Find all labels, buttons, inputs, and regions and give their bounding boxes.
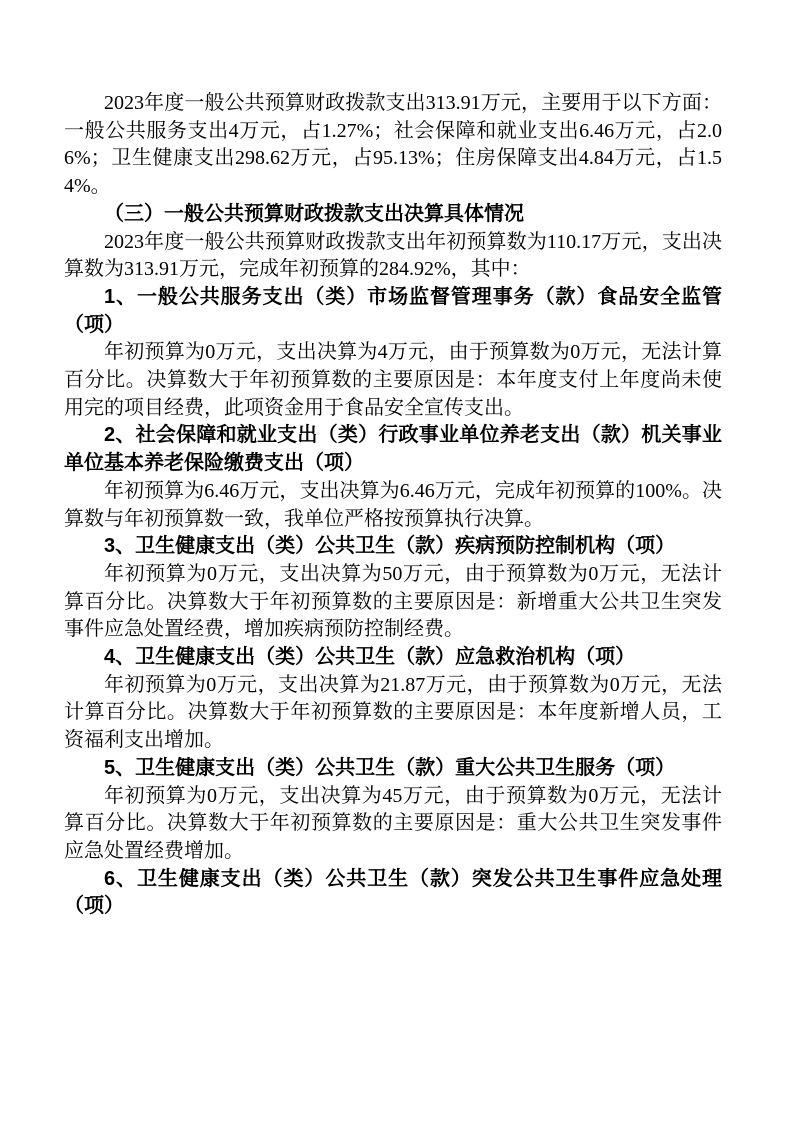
body-paragraph: 2023年度一般公共预算财政拨款支出313.91万元，主要用于以下方面：一般公共… — [64, 90, 722, 201]
section-heading: 4、卫生健康支出（类）公共卫生（款）应急救治机构（项） — [64, 644, 722, 672]
section-heading: 2、社会保障和就业支出（类）行政事业单位养老支出（款）机关事业单位基本养老保险缴… — [64, 422, 722, 477]
document-content: 2023年度一般公共预算财政拨款支出313.91万元，主要用于以下方面：一般公共… — [64, 90, 722, 921]
section-heading: （三）一般公共预算财政拨款支出决算具体情况 — [64, 201, 722, 229]
body-paragraph: 年初预算为0万元，支出决算为4万元，由于预算数为0万元，无法计算百分比。决算数大… — [64, 339, 722, 422]
section-heading: 6、卫生健康支出（类）公共卫生（款）突发公共卫生事件应急处理（项） — [64, 866, 722, 921]
body-paragraph: 2023年度一般公共预算财政拨款支出年初预算数为110.17万元，支出决算数为3… — [64, 229, 722, 284]
body-paragraph: 年初预算为0万元，支出决算为45万元，由于预算数为0万元，无法计算百分比。决算数… — [64, 783, 722, 866]
document-page: 2023年度一般公共预算财政拨款支出313.91万元，主要用于以下方面：一般公共… — [0, 0, 793, 1122]
section-heading: 5、卫生健康支出（类）公共卫生（款）重大公共卫生服务（项） — [64, 755, 722, 783]
body-paragraph: 年初预算为0万元，支出决算为21.87万元，由于预算数为0万元，无法计算百分比。… — [64, 672, 722, 755]
body-paragraph: 年初预算为0万元，支出决算为50万元，由于预算数为0万元，无法计算百分比。决算数… — [64, 561, 722, 644]
section-heading: 1、一般公共服务支出（类）市场监督管理事务（款）食品安全监管（项） — [64, 284, 722, 339]
body-paragraph: 年初预算为6.46万元，支出决算为6.46万元，完成年初预算的100%。决算数与… — [64, 478, 722, 533]
section-heading: 3、卫生健康支出（类）公共卫生（款）疾病预防控制机构（项） — [64, 533, 722, 561]
